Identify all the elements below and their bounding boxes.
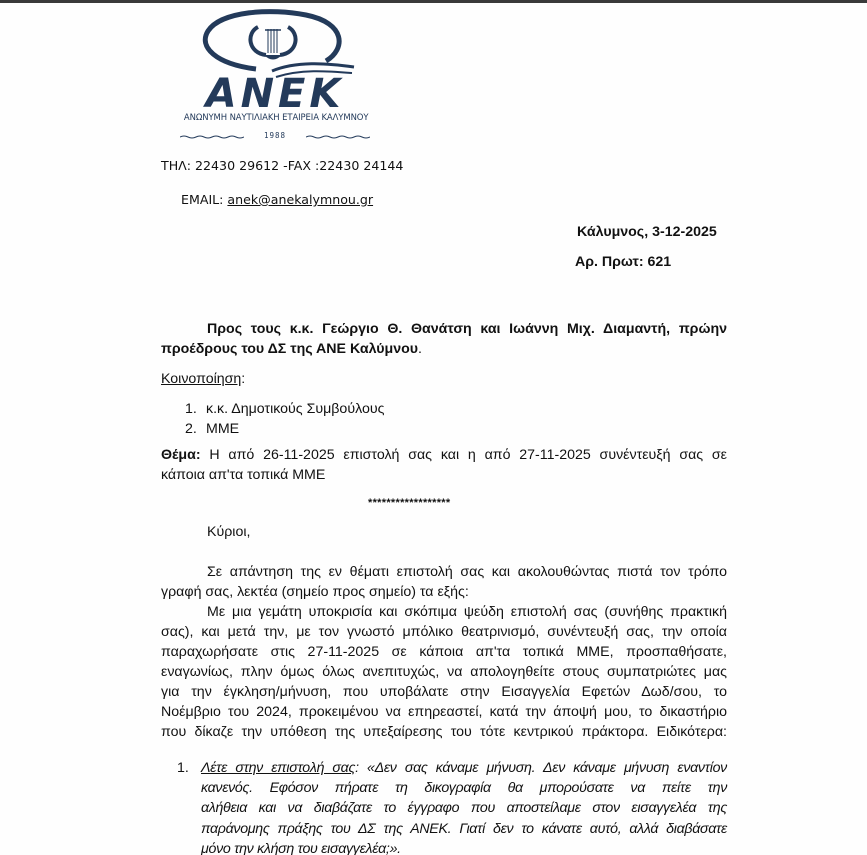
lyre-icon: ΑΝΕΚ <box>176 9 374 109</box>
recipient-period: . <box>418 341 422 357</box>
cc-item-text: κ.κ. Δημοτικούς Συμβούλους <box>206 401 384 417</box>
paragraph-line: Νοέμβριο του 2024, προκειμένου να επηρεα… <box>161 702 727 722</box>
quote-line: παράνομης πράξης του ΔΣ της ΑΝΕΚ. Γιατί … <box>201 819 727 839</box>
quote-line: κανενός. Εφόσον πήρατε τη δικογραφία θα … <box>201 778 727 798</box>
email-line: EMAIL: anek@anekalymnou.gr <box>181 192 373 207</box>
company-name: ΑΝΩΝΥΜΗ ΝΑΥΤΙΛΙΑΚΗ ΕΤΑΙΡΕΙΑ ΚΑΛΥΜΝΟΥ <box>184 112 366 123</box>
cc-list-item: 1.κ.κ. Δημοτικούς Συμβούλους <box>185 399 384 419</box>
email-label: EMAIL: <box>181 192 227 207</box>
place-date: Κάλυμνος, 3-12-2025 <box>577 222 717 242</box>
recipient-text-2: προέδρους του ΔΣ της ΑΝΕ Καλύμνου <box>161 341 418 357</box>
subject-line-1: Θέμα: Η από 26-11-2025 επιστολή σας και … <box>161 445 727 465</box>
cc-list-item: 2.ΜΜΕ <box>185 419 239 439</box>
subject-label: Θέμα: <box>161 447 201 463</box>
cc-item-number: 2. <box>185 419 206 439</box>
paragraph-2: Με μια γεμάτη υποκρισία και σκόπιμα ψεύδ… <box>161 602 727 742</box>
cc-heading: Κοινοποίηση: <box>161 369 245 389</box>
email-link[interactable]: anek@anekalymnou.gr <box>227 192 373 207</box>
point-lead-colon: : <box>355 760 367 776</box>
point-lead: Λέτε στην επιστολή σας <box>201 760 355 776</box>
separator-stars: ****************** <box>368 493 450 513</box>
paragraph-line: Με μια γεμάτη υποκρισία και σκόπιμα ψεύδ… <box>161 602 727 622</box>
paragraph-line: Σε απάντηση της εν θέματι επιστολή σας κ… <box>161 562 727 582</box>
phone-fax-line: ΤΗΛ: 22430 29612 -FAX :22430 24144 <box>161 158 403 173</box>
paragraph-line: για την έγκληση/μήνυση, που υποβάλατε στ… <box>161 682 727 702</box>
document-page: ΑΝΕΚ ΑΝΩΝΥΜΗ ΝΑΥΤΙΛΙΑΚΗ ΕΤΑΙΡΕΙΑ ΚΑΛΥΜΝΟ… <box>0 3 867 855</box>
company-logo: ΑΝΕΚ ΑΝΩΝΥΜΗ ΝΑΥΤΙΛΙΑΚΗ ΕΤΑΙΡΕΙΑ ΚΑΛΥΜΝΟ… <box>176 9 374 139</box>
paragraph-line: γραφή σας, λεκτέα (σημείο προς σημείο) τ… <box>161 582 727 602</box>
recipient-text-1: Προς τους κ.κ. Γεώργιο Θ. Θανάτση και Ιω… <box>207 319 727 339</box>
cc-label: Κοινοποίηση <box>161 371 241 387</box>
subject-text-2: κάποια απ'τα τοπικά ΜΜΕ <box>161 465 325 485</box>
quote-line: μόνο την κλήση του εισαγγελέα;». <box>201 839 727 855</box>
paragraph-line: που δίκαζε την υπόθεση της υπεξαίρεσης τ… <box>161 722 727 742</box>
point-number: 1. <box>177 758 189 778</box>
paragraph-line: παραχωρήσατε στις 27-11-2025 σε κάποια α… <box>161 642 727 662</box>
point-body: Λέτε στην επιστολή σας: «Δεν σας κάναμε … <box>201 758 727 855</box>
paragraph-1: Σε απάντηση της εν θέματι επιστολή σας κ… <box>161 562 727 602</box>
greeting: Κύριοι, <box>207 522 250 542</box>
paragraph-line: σας), και μετά την, με τον γνωστό μπόλικ… <box>161 622 727 642</box>
recipient-line-1: Προς τους κ.κ. Γεώργιο Θ. Θανάτση και Ιω… <box>207 319 727 339</box>
quote-line: «Δεν σας κάναμε μήνυση. Δεν κάναμε μήνυσ… <box>367 760 727 776</box>
svg-text:ΑΝΕΚ: ΑΝΕΚ <box>203 71 345 109</box>
cc-item-text: ΜΜΕ <box>206 421 239 437</box>
recipient-line-2: προέδρους του ΔΣ της ΑΝΕ Καλύμνου. <box>161 339 422 359</box>
cc-colon: : <box>241 369 245 389</box>
wave-divider-right <box>306 135 370 139</box>
quote-line: αλήθεια και να διαβάζατε το έγγραφο που … <box>201 798 727 818</box>
paragraph-line: εναγωνίως, πλην όμως όλως ανεπιτυχώς, να… <box>161 662 727 682</box>
cc-item-number: 1. <box>185 399 206 419</box>
subject-text-1: Η από 26-11-2025 επιστολή σας και η από … <box>209 447 727 463</box>
protocol-number: Αρ. Πρωτ: 621 <box>575 252 671 272</box>
